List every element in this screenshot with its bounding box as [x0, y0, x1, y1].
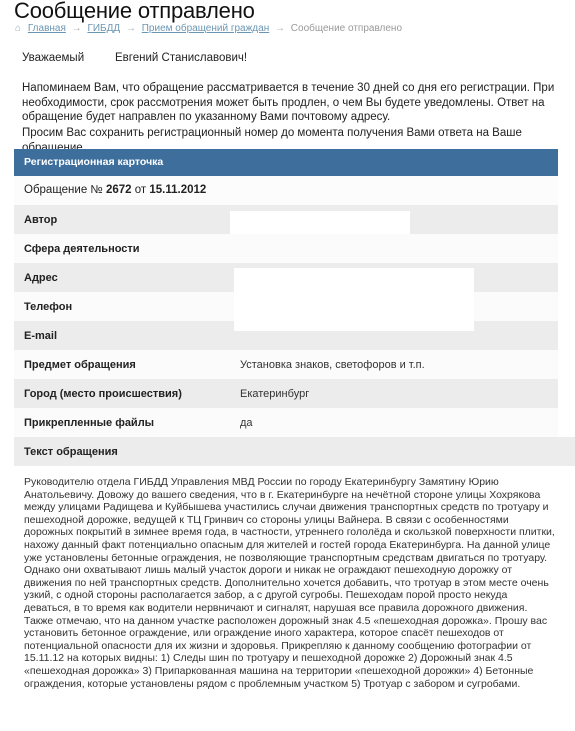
greeting: Уважаемый Евгений Станиславович! — [22, 52, 84, 64]
breadcrumb-separator: → — [126, 23, 136, 34]
breadcrumb-separator: → — [275, 23, 285, 34]
row-label: E-mail — [14, 330, 240, 342]
greeting-name: Евгений Станиславович! — [115, 52, 247, 64]
row-city: Город (место происшествия) Екатеринбург — [14, 379, 558, 408]
home-icon[interactable]: ⌂ — [15, 23, 21, 34]
row-value: да — [240, 417, 253, 429]
row-value: Установка знаков, светофоров и т.п. — [240, 359, 425, 371]
notice-paragraph: Напоминаем Вам, что обращение рассматрив… — [22, 81, 562, 125]
row-label: Автор — [14, 214, 240, 226]
row-value: Екатеринбург — [240, 388, 309, 400]
row-label: Сфера деятельности — [14, 243, 240, 255]
breadcrumb-link-home[interactable]: Главная — [28, 23, 66, 34]
redacted-address-phone — [234, 268, 474, 331]
greeting-salutation: Уважаемый — [22, 52, 84, 64]
row-label: Адрес — [14, 272, 240, 284]
row-label: Предмет обращения — [14, 359, 240, 371]
appeal-date-prefix: от — [135, 184, 146, 196]
appeal-number: Обращение № 2672 от 15.11.2012 — [14, 176, 558, 205]
row-activity: Сфера деятельности — [14, 234, 558, 263]
appeal-number-value: 2672 — [106, 184, 132, 196]
row-label: Телефон — [14, 301, 240, 313]
appeal-date-value: 15.11.2012 — [149, 184, 206, 196]
redacted-author — [230, 211, 410, 234]
breadcrumb: ⌂ Главная → ГИБДД → Прием обращений граж… — [15, 23, 402, 34]
row-attachments: Прикрепленные файлы да — [14, 408, 558, 437]
card-header: Регистрационная карточка — [14, 149, 558, 176]
breadcrumb-link-gibdd[interactable]: ГИБДД — [87, 23, 120, 34]
row-label: Текст обращения — [14, 446, 240, 458]
breadcrumb-link-appeals[interactable]: Прием обращений граждан — [142, 23, 270, 34]
row-label: Город (место происшествия) — [14, 388, 240, 400]
message-text: Руководителю отдела ГИБДД Управления МВД… — [24, 476, 556, 690]
breadcrumb-current: Сообщение отправлено — [291, 23, 402, 34]
page-title: Сообщение отправлено — [14, 0, 255, 24]
row-message-text: Текст обращения — [14, 437, 575, 466]
appeal-number-prefix: Обращение № — [24, 184, 103, 196]
breadcrumb-separator: → — [72, 23, 82, 34]
row-subject: Предмет обращения Установка знаков, свет… — [14, 350, 558, 379]
row-label: Прикрепленные файлы — [14, 417, 240, 429]
